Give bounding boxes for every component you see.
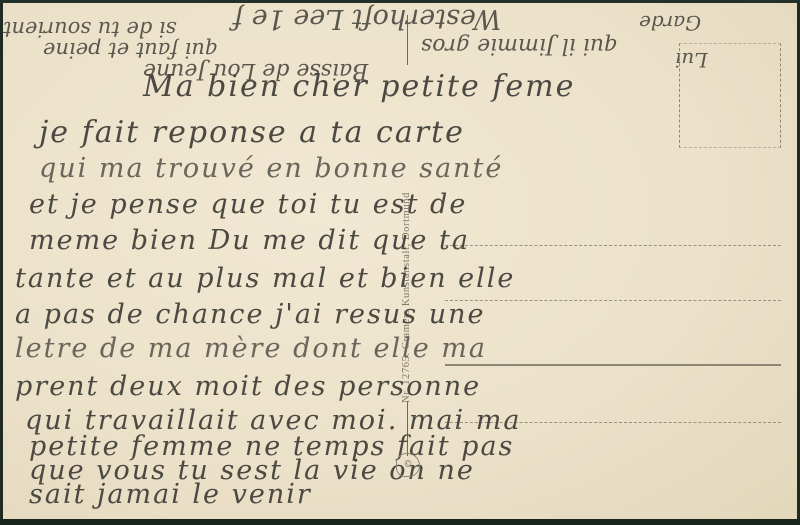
upside-down-note-line: qui il Jimmie gros [421, 33, 618, 58]
address-line-2 [445, 300, 781, 301]
upside-down-note-line: si de tu sourient [3, 17, 176, 41]
address-line-1 [445, 245, 781, 246]
postcard: Westerhoft Lee 1e f Baisse de Lou Jeune … [3, 3, 797, 519]
message-line: qui ma trouvé en bonne santé [39, 153, 503, 184]
message-line: meme bien Du me dit que ta [29, 225, 470, 256]
message-line: letre de ma mère dont elle ma [15, 333, 487, 364]
upside-down-note-place: Westerhoft Lee 1e f [233, 3, 501, 34]
address-line-3 [445, 364, 781, 366]
upside-down-note-line: Garde [639, 11, 701, 35]
message-line: je fait reponse a ta carte [39, 115, 465, 150]
message-line: tante et au plus mal et bien elle [15, 263, 515, 294]
card-bottom-edge [0, 519, 800, 525]
upside-down-note-line: qui faut et peine [43, 38, 218, 62]
message-line: a pas de chance j'ai resus une [15, 299, 485, 330]
message-line: sait jamai le venir [29, 479, 312, 510]
greeting-line: Ma bien cher petite feme [143, 69, 575, 104]
message-line: prent deux moit des personne [15, 371, 481, 402]
message-line: et je pense que toi tu est de [29, 189, 467, 220]
center-divider-top [407, 15, 408, 65]
publisher-logo-mark: © [396, 453, 420, 477]
stamp-box [679, 43, 781, 148]
